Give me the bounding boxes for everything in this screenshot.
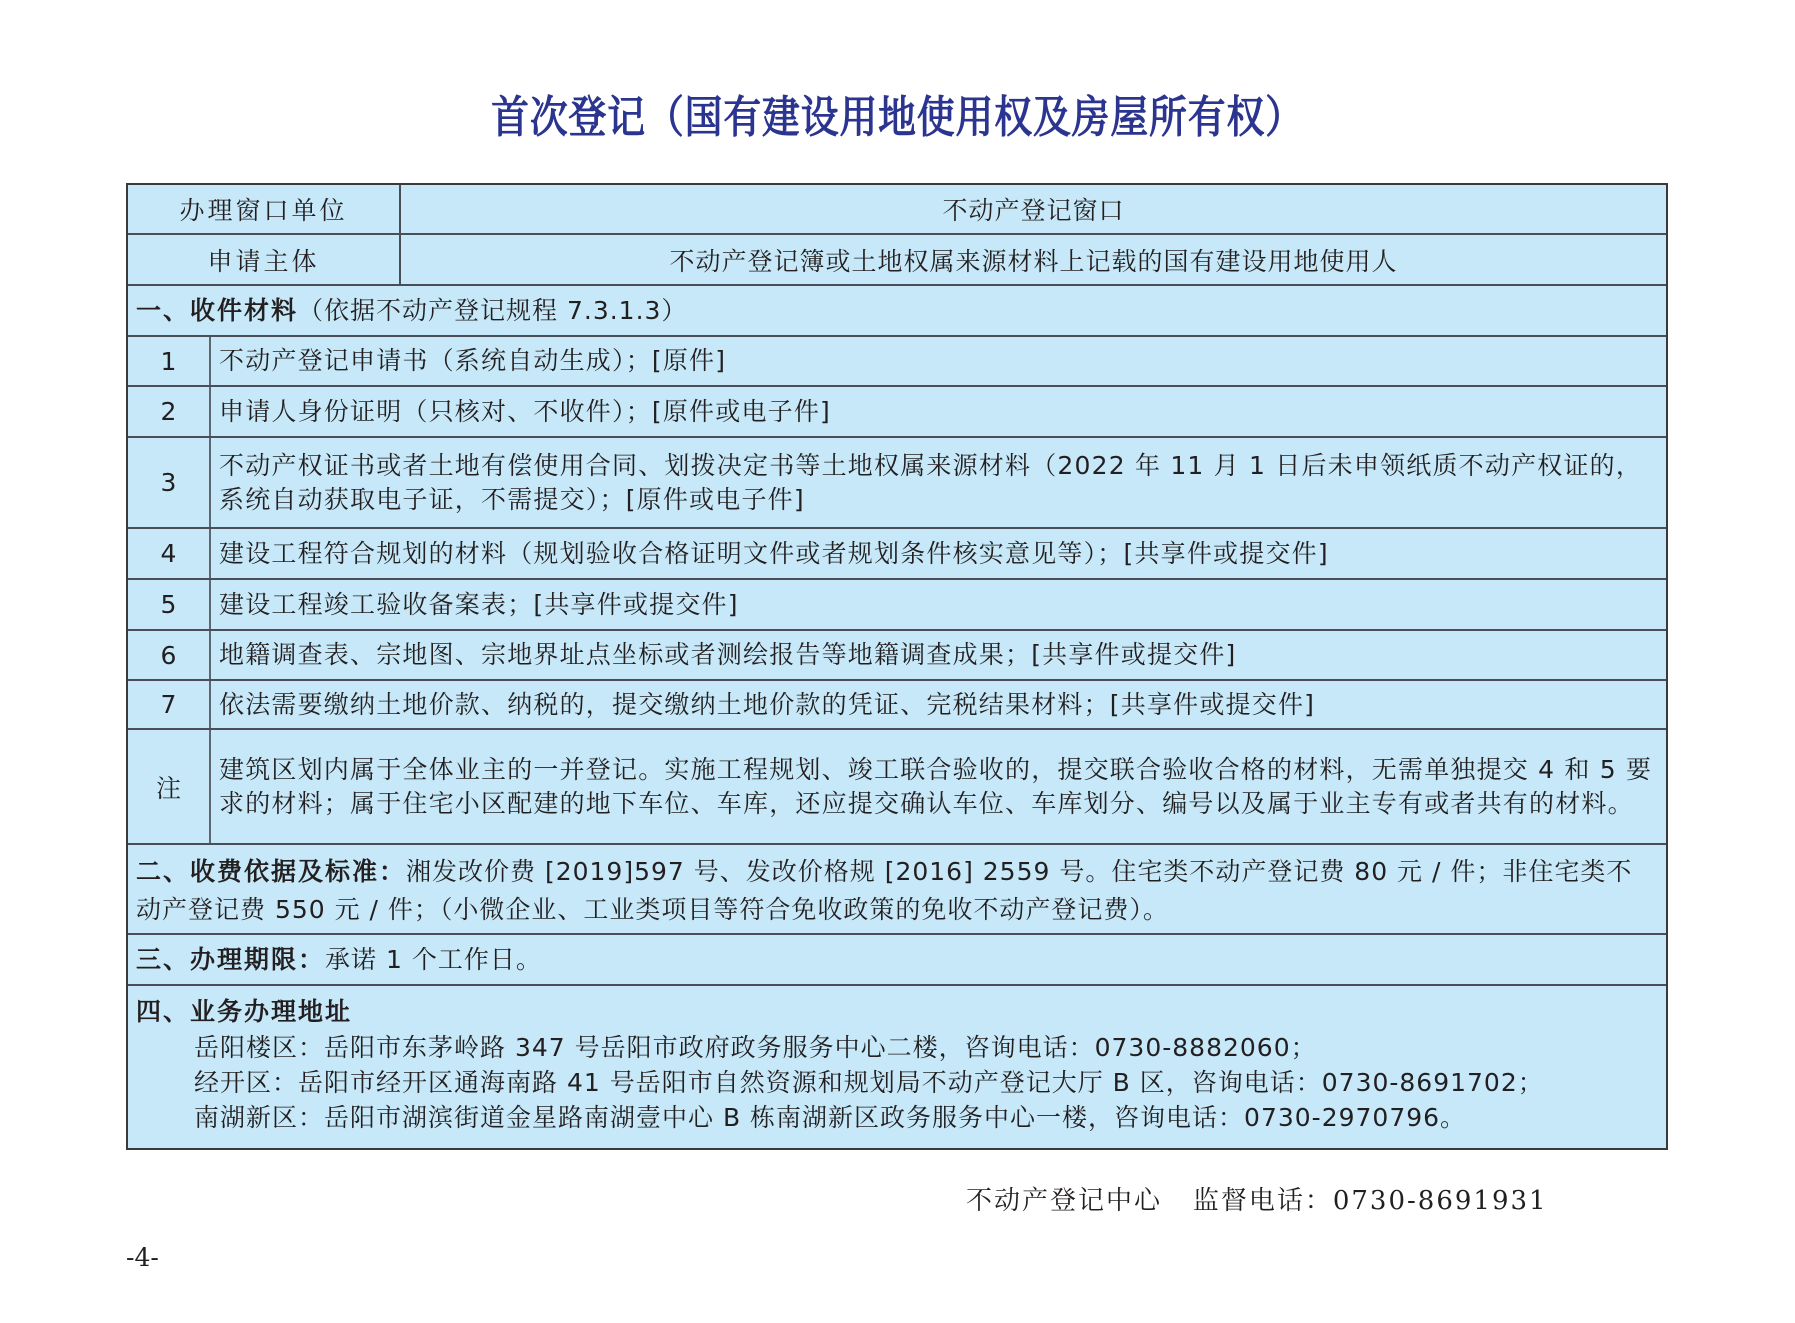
address-jingkai: 经开区：岳阳市经开区通海南路 41 号岳阳市自然资源和规划局不动产登记大厅 B … bbox=[136, 1065, 1658, 1100]
material-number: 1 bbox=[128, 337, 211, 385]
section-duration: 三、办理期限：承诺 1 个工作日。 bbox=[128, 935, 1666, 986]
material-number: 5 bbox=[128, 580, 211, 629]
material-text: 不动产权证书或者土地有偿使用合同、划拨决定书等土地权属来源材料（2022 年 1… bbox=[211, 438, 1666, 527]
material-text: 申请人身份证明（只核对、不收件）；[原件或电子件] bbox=[211, 387, 1666, 436]
material-row: 7 依法需要缴纳土地价款、纳税的，提交缴纳土地价款的凭证、完税结果材料；[共享件… bbox=[128, 681, 1666, 730]
material-number: 6 bbox=[128, 631, 211, 679]
material-text: 建设工程竣工验收备案表；[共享件或提交件] bbox=[211, 580, 1666, 629]
section-note: （依据不动产登记规程 7.3.1.3） bbox=[298, 293, 687, 329]
material-text: 不动产登记申请书（系统自动生成）；[原件] bbox=[211, 337, 1666, 385]
material-text: 地籍调查表、宗地图、宗地界址点坐标或者测绘报告等地籍调查成果；[共享件或提交件] bbox=[211, 631, 1666, 679]
header-label: 申请主体 bbox=[128, 235, 401, 284]
header-value: 不动产登记簿或土地权属来源材料上记载的国有建设用地使用人 bbox=[401, 235, 1666, 284]
material-row: 5 建设工程竣工验收备案表；[共享件或提交件] bbox=[128, 580, 1666, 631]
footer-hotline-label: 监督电话： bbox=[1193, 1186, 1333, 1216]
page-title: 首次登记（国有建设用地使用权及房屋所有权） bbox=[126, 88, 1670, 148]
material-number: 3 bbox=[128, 438, 211, 527]
material-text: 建设工程符合规划的材料（规划验收合格证明文件或者规划条件核实意见等）；[共享件或… bbox=[211, 529, 1666, 578]
material-row: 3 不动产权证书或者土地有偿使用合同、划拨决定书等土地权属来源材料（2022 年… bbox=[128, 438, 1666, 529]
section-heading: 三、办理期限： bbox=[136, 942, 325, 978]
section-heading: 二、收费依据及标准： bbox=[136, 857, 406, 886]
material-number: 7 bbox=[128, 681, 211, 728]
section-addresses: 四、业务办理地址 岳阳楼区：岳阳市东茅岭路 347 号岳阳市政府政务服务中心二楼… bbox=[128, 986, 1666, 1148]
material-text: 依法需要缴纳土地价款、纳税的，提交缴纳土地价款的凭证、完税结果材料；[共享件或提… bbox=[211, 681, 1666, 728]
material-note-row: 注 建筑区划内属于全体业主的一并登记。实施工程规划、竣工联合验收的，提交联合验收… bbox=[128, 730, 1666, 845]
material-row: 4 建设工程符合规划的材料（规划验收合格证明文件或者规划条件核实意见等）；[共享… bbox=[128, 529, 1666, 580]
material-number: 2 bbox=[128, 387, 211, 436]
header-value: 不动产登记窗口 bbox=[401, 185, 1666, 233]
duration-text: 承诺 1 个工作日。 bbox=[325, 942, 542, 978]
note-label: 注 bbox=[128, 730, 211, 843]
material-row: 1 不动产登记申请书（系统自动生成）；[原件] bbox=[128, 337, 1666, 387]
footer-org: 不动产登记中心 bbox=[966, 1186, 1162, 1216]
material-number: 4 bbox=[128, 529, 211, 578]
section-heading: 一、收件材料 bbox=[136, 293, 298, 329]
section-materials-heading: 一、收件材料 （依据不动产登记规程 7.3.1.3） bbox=[128, 286, 1666, 337]
material-row: 6 地籍调查表、宗地图、宗地界址点坐标或者测绘报告等地籍调查成果；[共享件或提交… bbox=[128, 631, 1666, 681]
header-row-window: 办理窗口单位 不动产登记窗口 bbox=[128, 185, 1666, 235]
procedure-table: 办理窗口单位 不动产登记窗口 申请主体 不动产登记簿或土地权属来源材料上记载的国… bbox=[126, 183, 1668, 1150]
note-text: 建筑区划内属于全体业主的一并登记。实施工程规划、竣工联合验收的，提交联合验收合格… bbox=[211, 730, 1666, 843]
footer-hotline: 0730-8691931 bbox=[1333, 1186, 1548, 1216]
section-heading: 四、业务办理地址 bbox=[136, 994, 1658, 1030]
section-fees: 二、收费依据及标准：湘发改价费 [2019]597 号、发改价格规 [2016]… bbox=[128, 845, 1666, 935]
page-number: -4- bbox=[126, 1243, 159, 1272]
address-nanhu: 南湖新区：岳阳市湖滨街道金星路南湖壹中心 B 栋南湖新区政务服务中心一楼，咨询电… bbox=[136, 1100, 1658, 1135]
material-row: 2 申请人身份证明（只核对、不收件）；[原件或电子件] bbox=[128, 387, 1666, 438]
header-row-applicant: 申请主体 不动产登记簿或土地权属来源材料上记载的国有建设用地使用人 bbox=[128, 235, 1666, 286]
footer-contact: 不动产登记中心 监督电话：0730-8691931 bbox=[966, 1180, 1548, 1217]
address-yueyanglou: 岳阳楼区：岳阳市东茅岭路 347 号岳阳市政府政务服务中心二楼，咨询电话：073… bbox=[136, 1030, 1658, 1065]
header-label: 办理窗口单位 bbox=[128, 185, 401, 233]
